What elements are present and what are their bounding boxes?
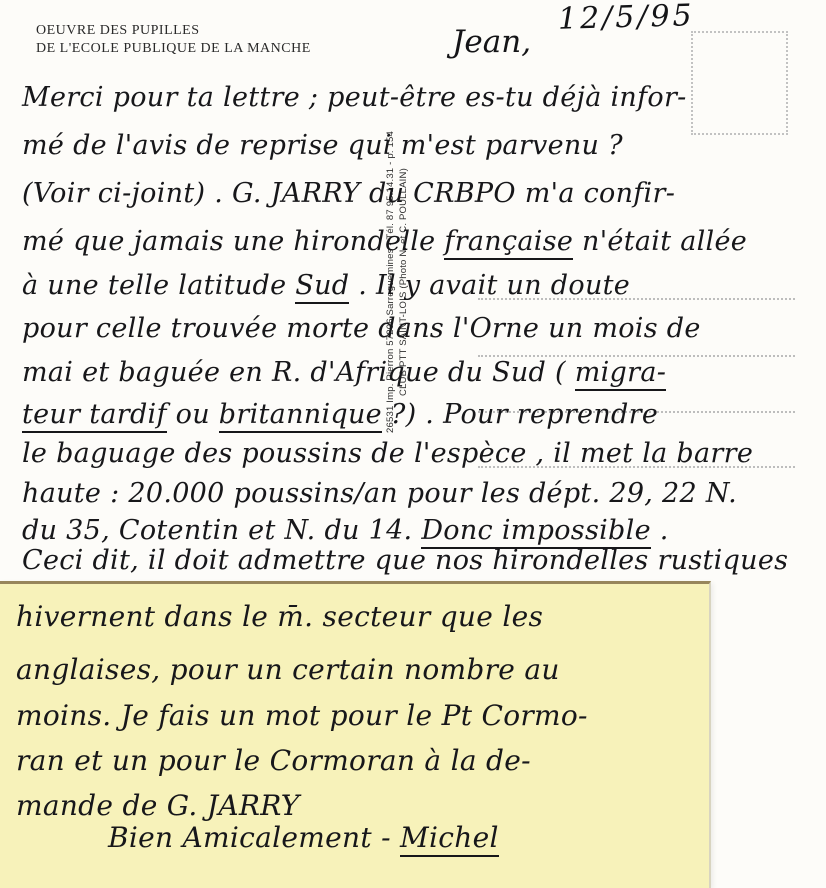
handwritten-text: haute : 20.000 poussins/an pour les dépt… <box>22 478 737 509</box>
letter-line: Merci pour ta lettre ; peut-être es-tu d… <box>22 82 687 113</box>
handwritten-text: mai et baguée en R. d'Afrique du Sud ( <box>22 357 575 388</box>
handwritten-text: pour celle trouvée morte dans l'Orne un … <box>22 313 701 344</box>
handwritten-text: n'était allée <box>573 226 747 257</box>
underlined-word: Sud <box>295 270 349 304</box>
handwritten-text: ou <box>167 399 219 430</box>
underlined-word: teur tardif <box>22 399 167 433</box>
handwritten-text: Merci pour ta lettre ; peut-être es-tu d… <box>22 82 687 113</box>
handwritten-text: ran et un pour le Cormoran à la de- <box>16 744 531 777</box>
note-line: mande de G. JARRY <box>16 789 300 822</box>
note-line: moins. Je fais un mot pour le Pt Cormo- <box>16 699 588 732</box>
handwritten-text: (Voir ci-joint) . G. JARRY du CRBPO m'a … <box>22 178 675 209</box>
yellow-note: hivernent dans le m̄. secteur que lesang… <box>0 581 711 888</box>
handwritten-text: mé que jamais une hirondelle <box>22 226 444 257</box>
handwritten-text: Bien Amicalement - <box>108 821 400 854</box>
handwritten-text: anglaises, pour un certain nombre au <box>16 653 560 686</box>
letter-line: du 35, Cotentin et N. du 14. Donc imposs… <box>22 515 669 546</box>
underlined-word: britannique <box>219 399 382 433</box>
letter-line: haute : 20.000 poussins/an pour les dépt… <box>22 478 737 509</box>
letter-line: mé que jamais une hirondelle française n… <box>22 226 747 257</box>
handwritten-text: à une telle latitude <box>22 270 295 301</box>
handwritten-text: hivernent dans le m̄. secteur que les <box>16 600 543 633</box>
underlined-word: Michel <box>400 821 499 857</box>
signature-line: Bien Amicalement - Michel <box>108 821 499 854</box>
handwritten-text: . Il y avait un doute <box>349 270 630 301</box>
letter-body: Merci pour ta lettre ; peut-être es-tu d… <box>0 0 826 581</box>
letter-line: mé de l'avis de reprise qui m'est parven… <box>22 130 623 161</box>
handwritten-text: ?) . Pour reprendre <box>382 399 658 430</box>
underlined-word: française <box>444 226 573 260</box>
handwritten-text: Ceci dit, il doit admettre que nos hiron… <box>22 545 788 576</box>
letter-line: le baguage des poussins de l'espèce , il… <box>22 438 753 469</box>
handwritten-text: le baguage des poussins de l'espèce , il… <box>22 438 753 469</box>
letter-line: à une telle latitude Sud . Il y avait un… <box>22 270 630 301</box>
letter-line: Ceci dit, il doit admettre que nos hiron… <box>22 545 788 576</box>
salutation: Jean, <box>452 24 531 60</box>
handwritten-text: moins. Je fais un mot pour le Pt Cormo- <box>16 699 588 732</box>
handwritten-text: mé de l'avis de reprise qui m'est parven… <box>22 130 623 161</box>
letter-line: mai et baguée en R. d'Afrique du Sud ( m… <box>22 357 666 388</box>
handwritten-text: . <box>651 515 669 546</box>
note-line: hivernent dans le m̄. secteur que les <box>16 600 543 633</box>
note-line: ran et un pour le Cormoran à la de- <box>16 744 531 777</box>
underlined-word: Donc impossible <box>421 515 651 549</box>
underlined-word: migra- <box>575 357 666 391</box>
handwritten-text: mande de G. JARRY <box>16 789 300 822</box>
note-line: anglaises, pour un certain nombre au <box>16 653 560 686</box>
letter-line: teur tardif ou britannique ?) . Pour rep… <box>22 399 658 430</box>
handwritten-text: du 35, Cotentin et N. du 14. <box>22 515 421 546</box>
letter-line: (Voir ci-joint) . G. JARRY du CRBPO m'a … <box>22 178 675 209</box>
letter-line: pour celle trouvée morte dans l'Orne un … <box>22 313 701 344</box>
